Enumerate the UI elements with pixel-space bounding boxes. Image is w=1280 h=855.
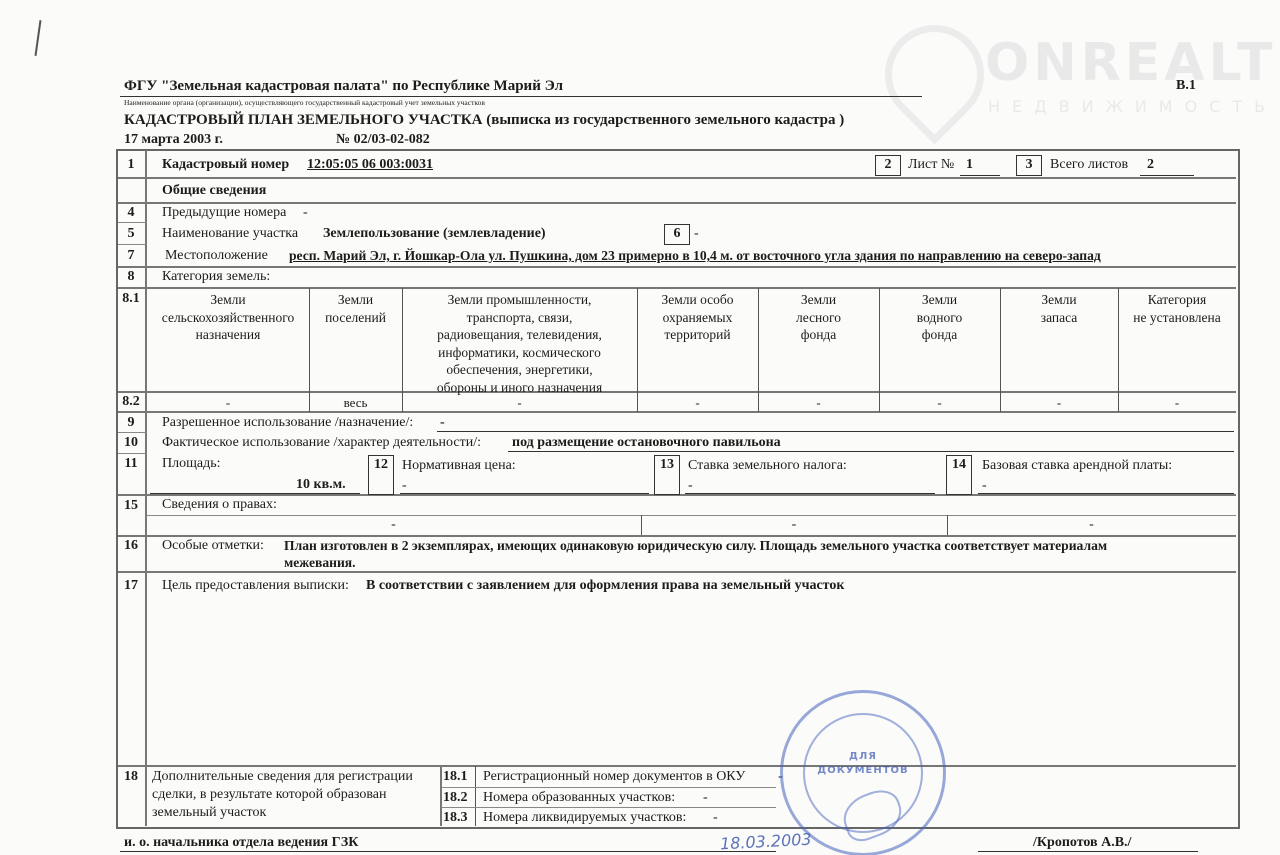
row-number-8: 8	[118, 269, 144, 285]
row-number-18-1: 18.1	[443, 769, 468, 785]
special-notes-label: Особые отметки:	[162, 538, 264, 554]
location-label: Местоположение	[165, 248, 268, 264]
cadastral-number-label: Кадастровый номер	[162, 157, 289, 173]
cadastral-number-value: 12:05:05 06 003:0031	[307, 157, 433, 173]
land-category-value-2: весь	[309, 395, 402, 411]
watermark-tagline: НЕДВИЖИМОСТЬ	[988, 97, 1277, 116]
signatory-name: /Кропотов А.В./	[1033, 835, 1131, 851]
actual-use-value: под размещение остановочного павильона	[512, 435, 781, 451]
previous-numbers-value: -	[303, 205, 308, 221]
base-rent-rate-value: -	[982, 478, 987, 494]
row-number-1: 1	[118, 157, 144, 173]
rights-info-label: Сведения о правах:	[162, 497, 277, 513]
permitted-use-label: Разрешенное использование /назначение/:	[162, 415, 413, 431]
row-number-11: 11	[118, 456, 144, 472]
row-number-8-2: 8.2	[118, 394, 144, 410]
stamp-center-line1: ДЛЯ	[783, 751, 943, 762]
formed-parcels-value: -	[703, 790, 708, 806]
liquidated-parcels-value: -	[713, 810, 718, 826]
additional-info-label-3: земельный участок	[152, 805, 266, 821]
handwritten-date: 18.03.2003	[720, 830, 812, 854]
sheet-number-label: Лист №	[908, 157, 954, 173]
row-number-3: 3	[1016, 155, 1042, 176]
normative-price-value: -	[402, 478, 407, 494]
row-number-9: 9	[118, 415, 144, 431]
land-category-value-6: -	[879, 395, 1000, 411]
normative-price-label: Нормативная цена:	[402, 458, 516, 474]
row-number-15: 15	[118, 498, 144, 514]
land-category-value-4: -	[637, 395, 758, 411]
land-category-value-7: -	[1000, 395, 1118, 411]
land-category-value-1: -	[147, 395, 309, 411]
land-category-header-4: Земли особоохраняемыхтерриторий	[637, 291, 758, 344]
land-category-header-6: Земливодногофонда	[879, 291, 1000, 344]
row-number-14: 14	[946, 455, 972, 495]
okU-registration-label: Регистрационный номер документов в ОКУ	[483, 769, 745, 785]
row-number-6: 6	[664, 224, 690, 245]
liquidated-parcels-label: Номера ликвидируемых участков:	[483, 810, 686, 826]
additional-info-label-2: сделки, в результате которой образован	[152, 787, 387, 803]
permitted-use-value: -	[440, 415, 445, 431]
row-number-8-1: 8.1	[118, 291, 144, 307]
land-tax-rate-label: Ставка земельного налога:	[688, 458, 847, 474]
land-category-header-2: Землипоселений	[309, 291, 402, 326]
rights-value-2: -	[641, 517, 947, 533]
row-number-18: 18	[118, 769, 144, 785]
row-6-value: -	[694, 226, 699, 242]
land-category-header-7: Землизапаса	[1000, 291, 1118, 326]
parcel-name-value: Землепользование (землевладение)	[323, 226, 546, 242]
watermark-brand: ONREALT	[985, 33, 1277, 93]
row-number-7: 7	[118, 248, 144, 264]
organization-name: ФГУ "Земельная кадастровая палата" по Ре…	[124, 78, 563, 95]
official-position: и. о. начальника отдела ведения ГЗК	[124, 835, 358, 851]
land-category-value-3: -	[402, 395, 637, 411]
total-sheets-value: 2	[1147, 157, 1154, 173]
form-code: В.1	[1176, 78, 1196, 94]
land-category-header-1: Землисельскохозяйственногоназначения	[147, 291, 309, 344]
actual-use-label: Фактическое использование /характер деят…	[162, 435, 481, 451]
land-tax-rate-value: -	[688, 478, 693, 494]
document-number: № 02/03-02-082	[336, 132, 430, 148]
extract-purpose-label: Цель предоставления выписки:	[162, 578, 349, 594]
area-value: 10 кв.м.	[296, 477, 346, 493]
row-number-17: 17	[118, 578, 144, 594]
parcel-name-label: Наименование участка	[162, 226, 298, 242]
document-date: 17 марта 2003 г.	[124, 132, 223, 148]
formed-parcels-label: Номера образованных участков:	[483, 790, 675, 806]
land-category-label: Категория земель:	[162, 269, 270, 285]
row-number-12: 12	[368, 455, 394, 495]
land-category-header-8: Категорияне установлена	[1118, 291, 1236, 326]
row-number-2: 2	[875, 155, 901, 176]
land-category-value-5: -	[758, 395, 879, 411]
special-notes-value-line1: План изготовлен в 2 экземплярах, имеющих…	[284, 538, 1107, 554]
organization-caption: Наименование органа (организации), осуще…	[124, 98, 485, 107]
total-sheets-label: Всего листов	[1050, 157, 1128, 173]
rights-value-1: -	[146, 517, 641, 533]
land-category-header-5: Землилесногофонда	[758, 291, 879, 344]
official-stamp: ДЛЯ ДОКУМЕНТОВ	[780, 690, 946, 855]
row-number-5: 5	[118, 226, 144, 242]
rights-value-3: -	[947, 517, 1236, 533]
additional-info-label-1: Дополнительные сведения для регистрации	[152, 769, 413, 785]
special-notes-value-line2: межевания.	[284, 555, 356, 571]
row-number-18-3: 18.3	[443, 810, 468, 826]
extract-purpose-value: В соответствии с заявлением для оформлен…	[366, 578, 844, 594]
sheet-number-value: 1	[966, 157, 973, 173]
row-number-16: 16	[118, 538, 144, 554]
land-category-value-8: -	[1118, 395, 1236, 411]
home-pin-icon	[864, 4, 1004, 144]
row-number-4: 4	[118, 205, 144, 221]
area-label: Площадь:	[162, 456, 221, 472]
row-number-13: 13	[654, 455, 680, 495]
stamp-center-line2: ДОКУМЕНТОВ	[783, 765, 943, 776]
row-number-18-2: 18.2	[443, 790, 468, 806]
row-number-10: 10	[118, 435, 144, 451]
previous-numbers-label: Предыдущие номера	[162, 205, 286, 221]
location-value: респ. Марий Эл, г. Йошкар-Ола ул. Пушкин…	[289, 248, 1101, 264]
document-title: КАДАСТРОВЫЙ ПЛАН ЗЕМЕЛЬНОГО УЧАСТКА (вып…	[124, 112, 844, 129]
base-rent-rate-label: Базовая ставка арендной платы:	[982, 458, 1172, 474]
general-info-heading: Общие сведения	[162, 183, 266, 199]
land-category-header-3: Земли промышленности,транспорта, связи,р…	[402, 291, 637, 396]
staple-mark	[35, 20, 42, 56]
